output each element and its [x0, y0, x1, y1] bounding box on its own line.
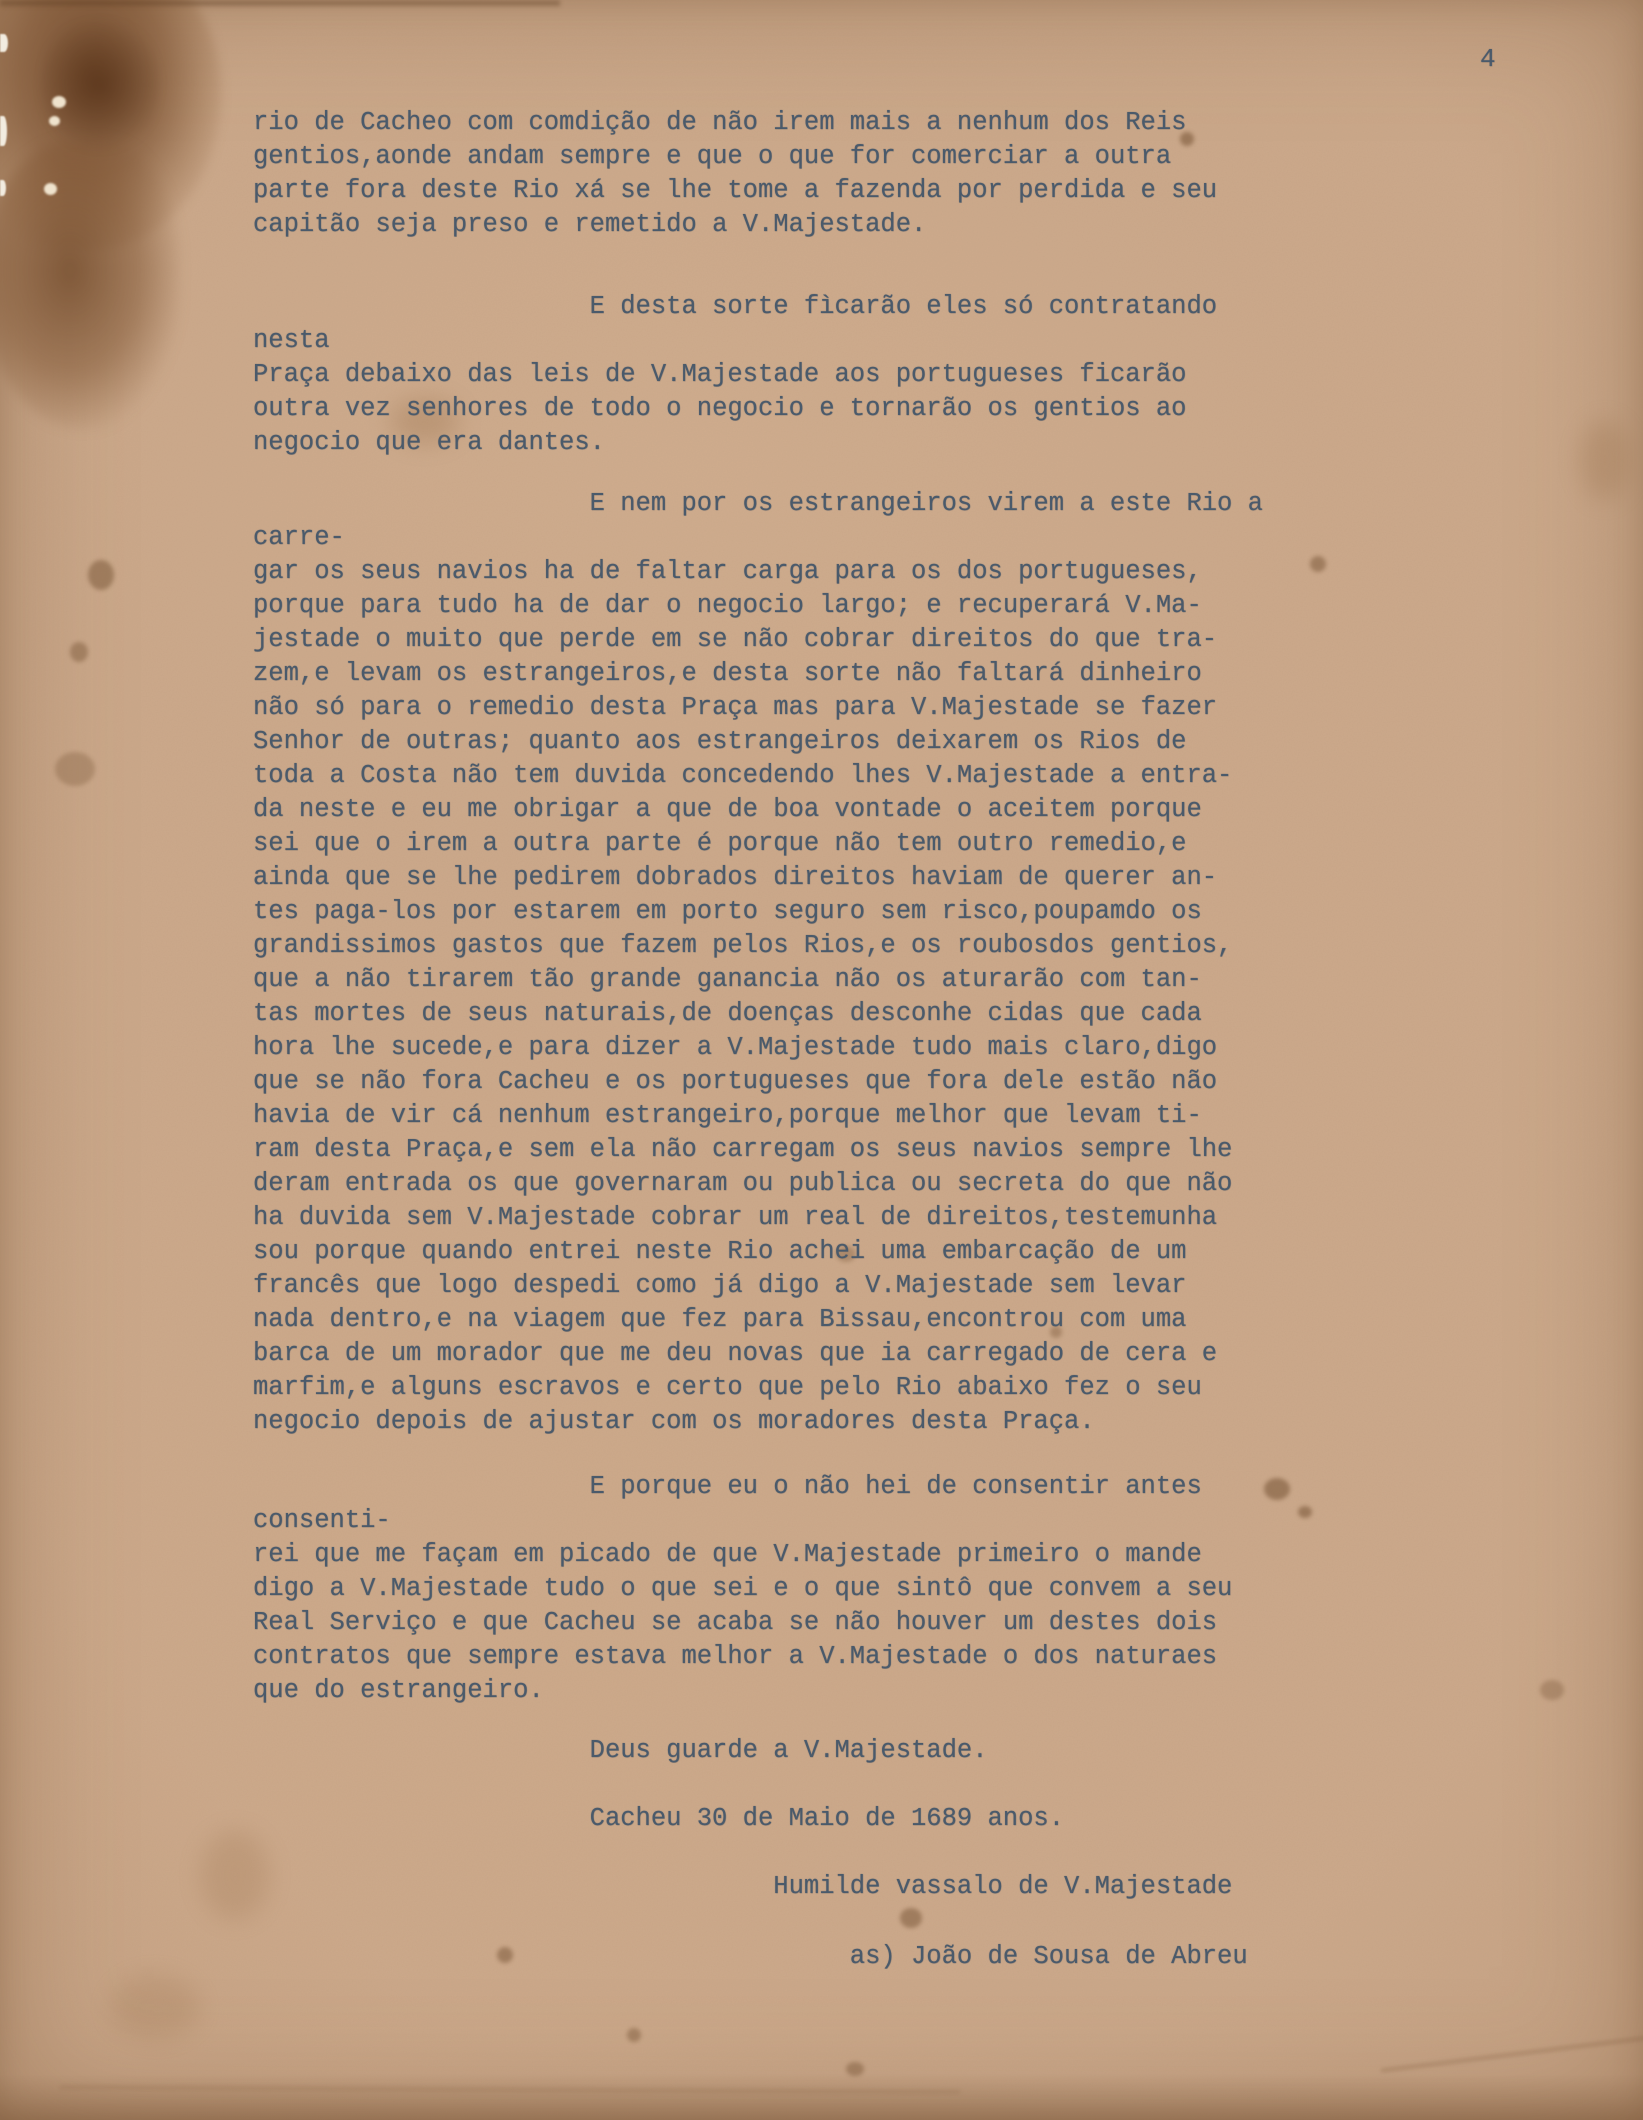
foxing-spot [1540, 1680, 1564, 1700]
foxing-spot [846, 2062, 864, 2076]
paper-chip [49, 116, 60, 126]
signature-name: as) João de Sousa de Abreu [850, 1940, 1263, 1974]
torn-edge [0, 116, 7, 146]
paragraph: E nem por os estrangeiros virem a este R… [253, 487, 1263, 1439]
foxing-spot [1298, 1506, 1312, 1518]
smudge [110, 1975, 200, 2039]
edge-shadow [0, 2074, 1643, 2120]
paragraph: E porque eu o não hei de consentir antes… [253, 1470, 1263, 1708]
crease [60, 2086, 960, 2094]
closing-block: Deus guarde a V.Majestade. Cacheu 30 de … [253, 1734, 1263, 1974]
torn-edge [0, 34, 8, 52]
paper-chip [44, 183, 57, 195]
signature-title: Humilde vassalo de V.Majestade [773, 1870, 1263, 1904]
letter-body: rio de Cacheo com comdição de não irem m… [253, 106, 1263, 1974]
scanned-letter-page: 4 rio de Cacheo com comdição de não irem… [0, 0, 1643, 2120]
dateline: Cacheu 30 de Maio de 1689 anos. [590, 1802, 1263, 1836]
paragraph: E desta sorte fìcarão eles só contratand… [253, 290, 1263, 460]
page-number: 4 [1480, 44, 1496, 74]
paper-chip [52, 96, 66, 108]
stain [0, 140, 180, 430]
foxing-spot [88, 560, 114, 590]
smudge [1580, 420, 1630, 500]
torn-edge [0, 180, 6, 196]
valediction: Deus guarde a V.Majestade. [590, 1734, 1263, 1768]
foxing-spot [1264, 1478, 1290, 1500]
paragraph-continuation: rio de Cacheo com comdição de não irem m… [253, 106, 1263, 242]
foxing-spot [1310, 556, 1326, 572]
stain [40, 10, 160, 160]
foxing-spot [627, 2028, 641, 2042]
stain [0, 0, 222, 250]
foxing-spot [55, 752, 95, 786]
edge-shadow [0, 0, 560, 6]
foxing-spot [70, 642, 88, 662]
crease [1381, 2035, 1643, 2072]
